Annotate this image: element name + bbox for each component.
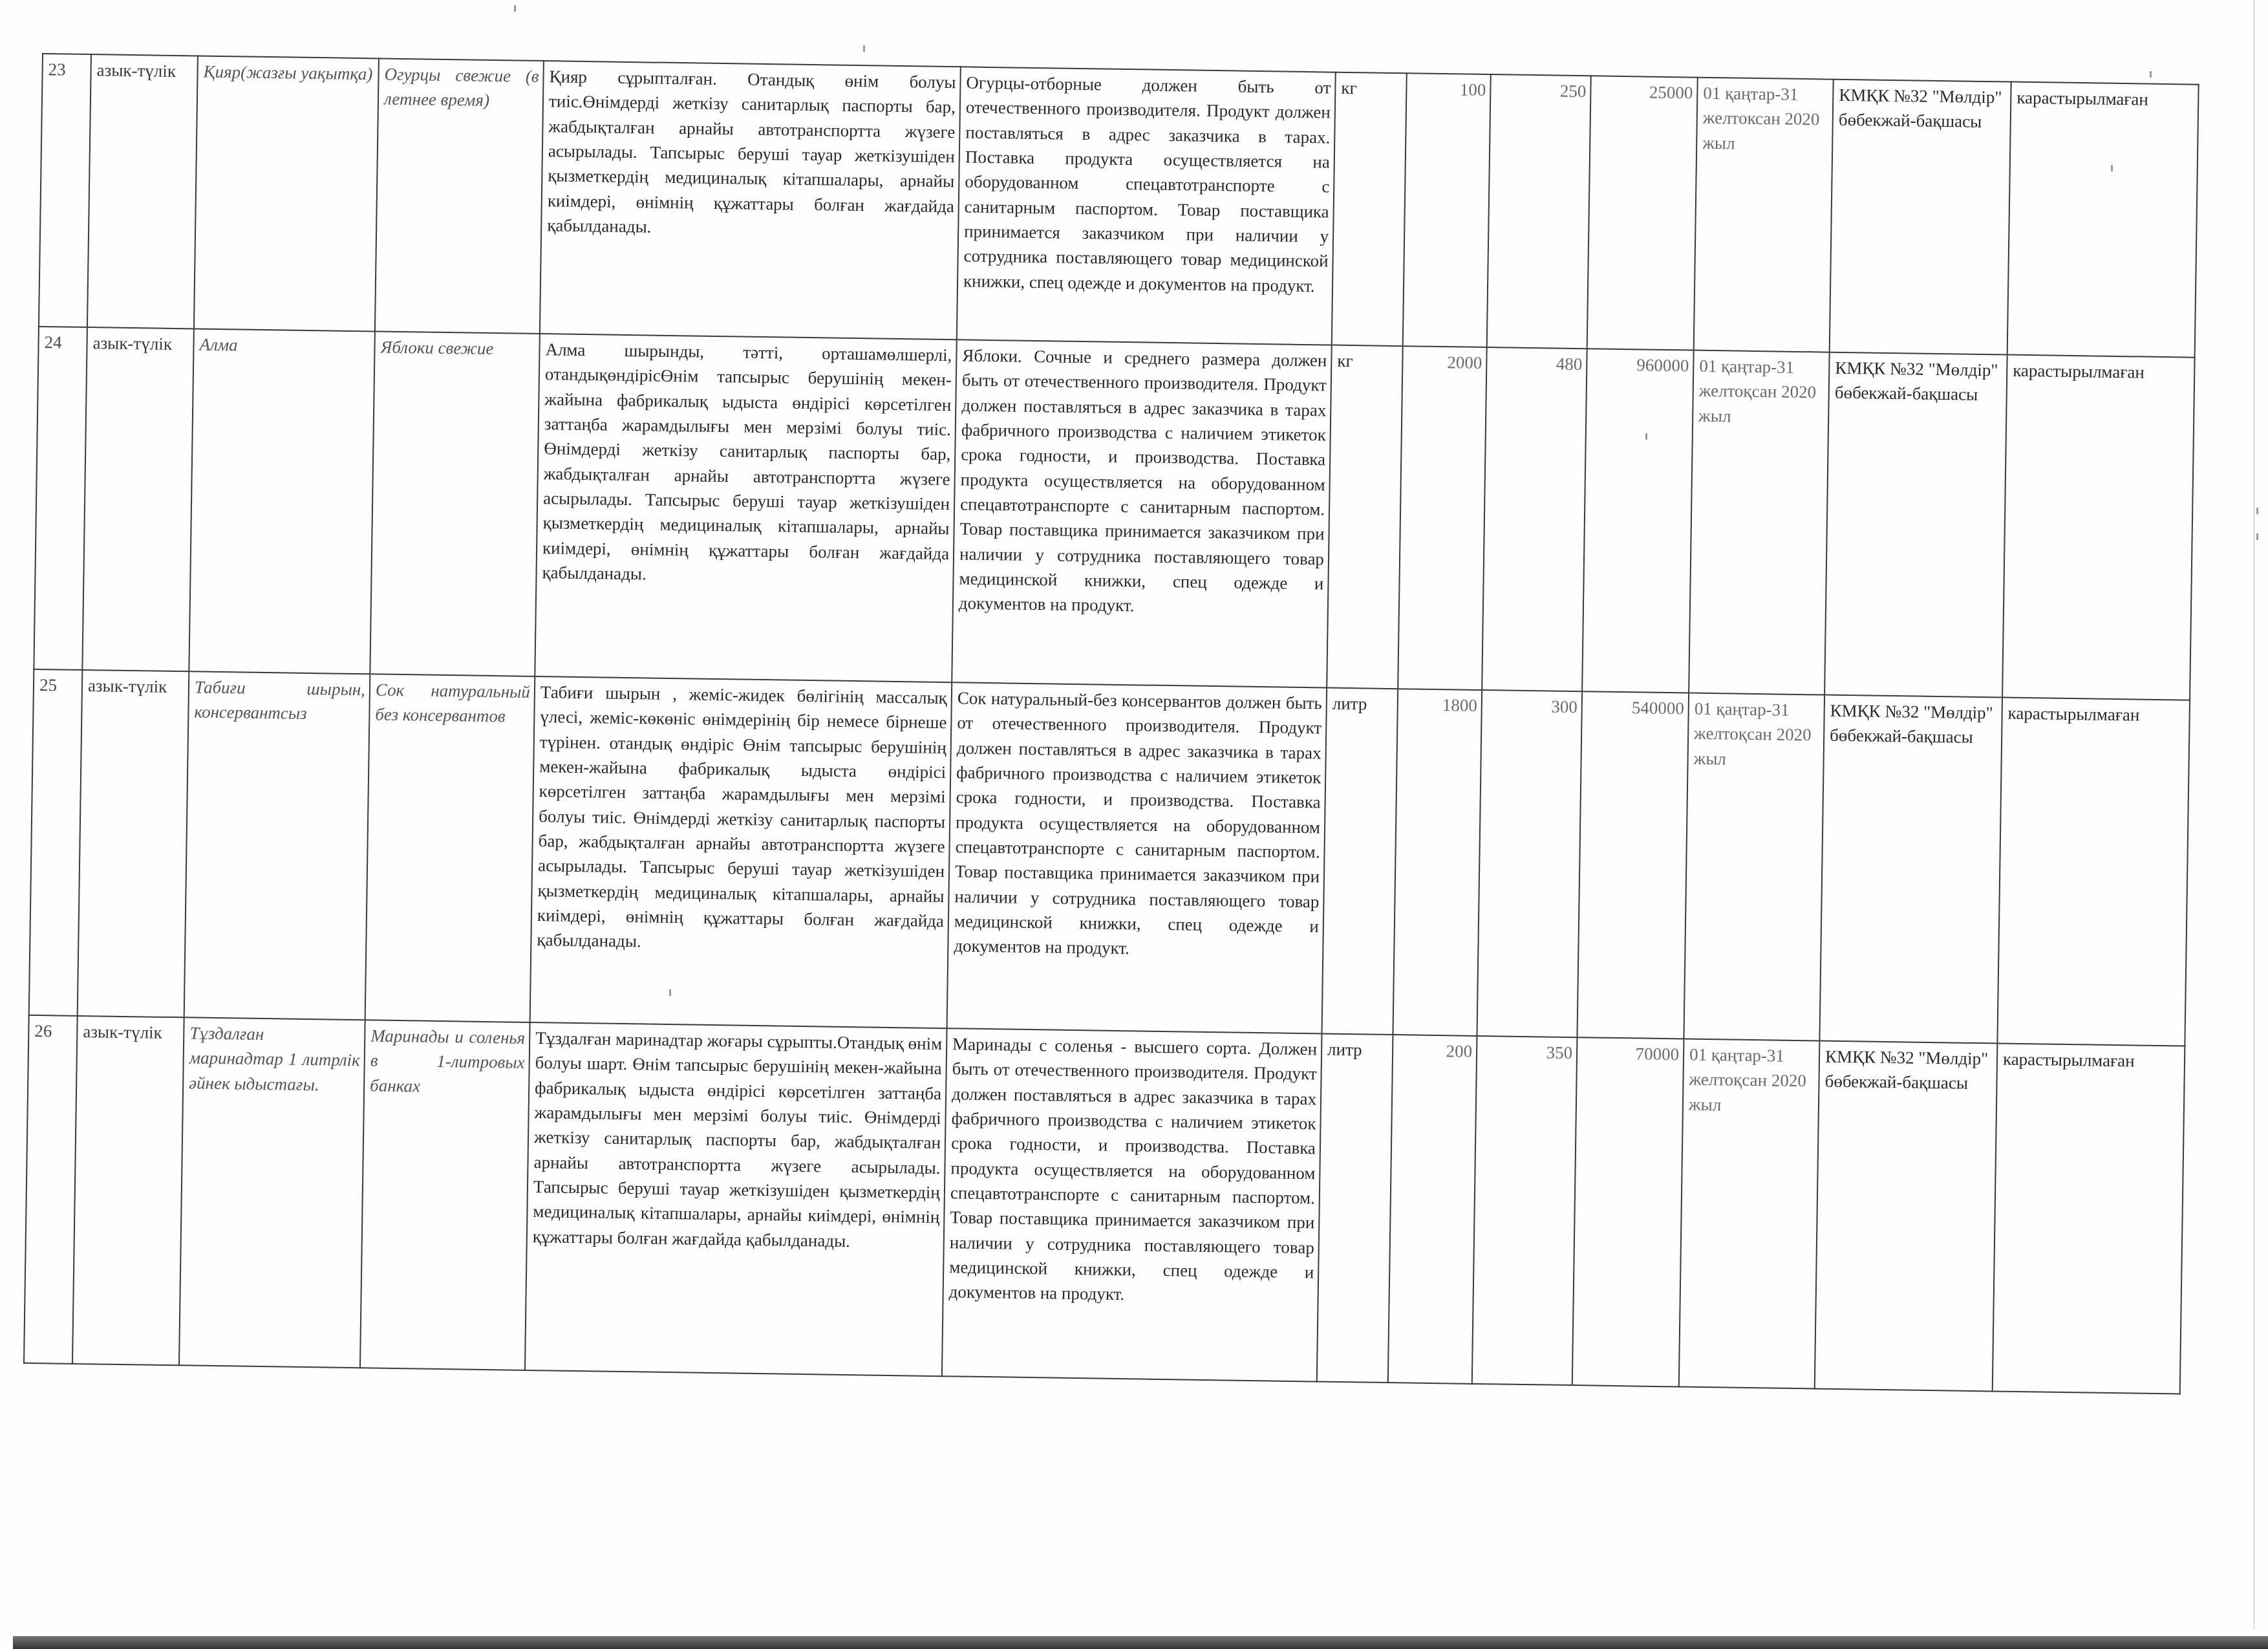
procurement-table: 23азык-түлікҚияр(жазғы уақытқа)Огурцы св…: [23, 53, 2199, 1395]
unit-cell: кг: [1332, 72, 1407, 347]
scan-edge-bottom: [13, 1636, 2268, 1649]
scan-speck: [669, 989, 671, 996]
quantity-cell: 200: [1388, 1035, 1477, 1384]
item-name-ru: Сок натуральный без консервантов: [365, 674, 535, 1022]
description-ru: Сок натуральный-без консервантов должен …: [947, 682, 1327, 1033]
unit-cell: кг: [1327, 345, 1403, 689]
scan-speck: [2111, 165, 2113, 171]
advance-cell: карастырылмаған: [1993, 1043, 2185, 1394]
description-kz: Алма шырынды, тәтті, орташамөлшерлі, ота…: [535, 334, 957, 682]
row-number: 26: [24, 1015, 78, 1364]
procurement-table-sheet: 23азык-түлікҚияр(жазғы уақытқа)Огурцы св…: [23, 53, 2199, 1395]
delivery-period-cell: 01 қаңтар-31 желтоқсан 2020 жыл: [1689, 350, 1830, 695]
item-name-kz: Алма: [189, 329, 375, 674]
row-number: 25: [29, 669, 83, 1016]
scan-speck: [863, 45, 865, 52]
delivery-period-cell: 01 қаңтар-31 желтоқсан 2020 жыл: [1679, 1039, 1820, 1388]
scan-speck: [2256, 533, 2258, 540]
price-cell: 480: [1482, 347, 1587, 691]
sum-cell: 25000: [1587, 76, 1698, 350]
sum-cell: 540000: [1577, 691, 1689, 1039]
scan-speck: [514, 5, 516, 12]
table-row: 26азык-түлікТұздалған маринадтар 1 литрл…: [24, 1015, 2185, 1394]
item-name-kz: Қияр(жазғы уақытқа): [194, 56, 379, 331]
description-kz: Тұздалған маринадтар жоғары сұрыпты.Отан…: [525, 1022, 947, 1376]
price-cell: 250: [1487, 74, 1591, 349]
category-cell: азык-түлік: [78, 670, 189, 1017]
description-ru: Яблоки. Сочные и среднего размера должен…: [952, 339, 1332, 687]
row-number: 24: [34, 327, 87, 670]
sum-cell: 960000: [1582, 349, 1694, 693]
customer-cell: КМҚК №32 "Мөлдір" бөбекжай-бақшасы: [1830, 80, 2011, 355]
scanned-page: 23азык-түлікҚияр(жазғы уақытқа)Огурцы св…: [0, 0, 2268, 1649]
item-name-ru: Маринады и соленья в 1-литровых банках: [360, 1020, 530, 1370]
customer-cell: КМҚК №32 "Мөлдір" бөбекжай-бақшасы: [1819, 695, 2002, 1044]
item-name-ru: Огурцы свежие (в летнее время): [375, 58, 544, 334]
advance-cell: карастырылмаған: [1997, 697, 2190, 1046]
delivery-period-cell: 01 қаңтар-31 желтоксан 2020 жыл: [1694, 78, 1834, 352]
description-ru: Огурцы-отборные должен быть от отечестве…: [957, 67, 1336, 345]
price-cell: 350: [1472, 1036, 1578, 1385]
item-name-ru: Яблоки свежие: [370, 331, 540, 676]
row-number: 23: [39, 54, 91, 327]
unit-cell: литр: [1317, 1033, 1393, 1383]
description-ru: Маринады с соленья - высшего сорта. Долж…: [942, 1028, 1322, 1381]
advance-cell: карастырылмаған: [2002, 355, 2195, 700]
customer-cell: КМҚК №32 "Мөлдір" бөбекжай-бақшасы: [1815, 1041, 1998, 1392]
table-row: 23азык-түлікҚияр(жазғы уақытқа)Огурцы св…: [39, 54, 2199, 358]
unit-cell: литр: [1322, 688, 1398, 1035]
delivery-period-cell: 01 қаңтар-31 желтоқсан 2020 жыл: [1684, 693, 1824, 1041]
sum-cell: 70000: [1572, 1037, 1684, 1386]
description-kz: Қияр сұрыпталған. Отандық өнім болуы тиі…: [540, 61, 961, 339]
scan-edge-right: [2253, 0, 2255, 1630]
quantity-cell: 1800: [1393, 689, 1482, 1036]
category-cell: азык-түлік: [72, 1016, 184, 1365]
description-kz: Табиғи шырын , жеміс-жидек бөлігінің мас…: [530, 676, 952, 1028]
customer-cell: КМҚК №32 "Мөлдір" бөбекжай-бақшасы: [1824, 352, 2007, 698]
quantity-cell: 2000: [1398, 346, 1487, 690]
advance-cell: карастырылмаған: [2007, 82, 2199, 358]
item-name-kz: Тұздалған маринадтар 1 литрлік әйнек ыды…: [179, 1017, 365, 1368]
price-cell: 300: [1477, 690, 1582, 1037]
scan-speck: [2150, 71, 2152, 78]
item-name-kz: Табиғи шырын, консервантсыз: [184, 671, 370, 1020]
scan-speck: [1645, 433, 1647, 440]
category-cell: азык-түлік: [87, 54, 198, 329]
quantity-cell: 100: [1403, 73, 1491, 347]
table-row: 25азык-түлікТабиғи шырын, консервантсызС…: [29, 669, 2190, 1046]
scan-speck: [2256, 508, 2258, 514]
category-cell: азык-түлік: [82, 327, 194, 671]
table-row: 24азык-түлікАлмаЯблоки свежиеАлма шырынд…: [34, 327, 2194, 700]
